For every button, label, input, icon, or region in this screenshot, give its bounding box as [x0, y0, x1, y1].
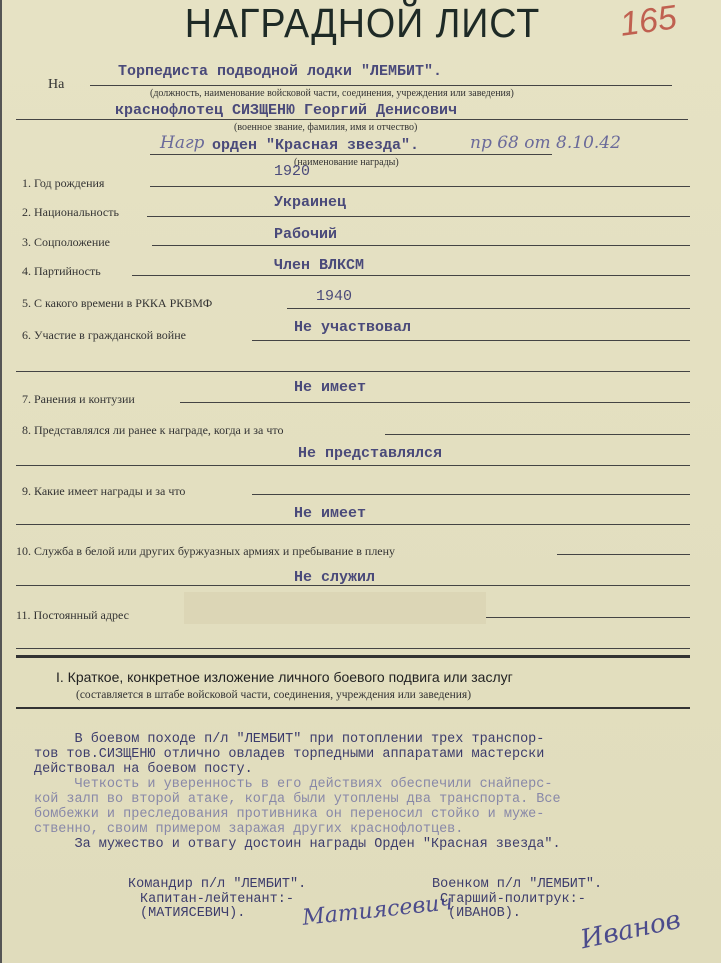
merit-text-line: кой залп во второй атаке, когда были уто… [34, 793, 561, 808]
field-label-nationality: 2. Национальность [22, 205, 119, 220]
merit-text-line: За мужество и отвагу достоин награды Орд… [34, 838, 561, 853]
field-label-previous-awards-nomination: 8. Представлялся ли ранее к награде, ког… [22, 423, 284, 438]
field-line [152, 245, 690, 246]
award-handwritten-suffix: пр 68 от 8.10.42 [470, 133, 621, 153]
field-line [252, 494, 690, 495]
field-value-party: Член ВЛКСМ [274, 257, 364, 274]
merit-text-line: ственно, своим примером заражая других к… [34, 823, 463, 838]
field-value-social-status: Рабочий [274, 226, 337, 243]
award-sheet-page: НАГРАДНОЙ ЛИСТ 165 На Торпедиста подводн… [0, 0, 721, 963]
field-label-white-army-service: 10. Служба в белой или других буржуазных… [16, 544, 395, 559]
commander-name: (МАТИЯСЕВИЧ). [140, 907, 245, 922]
person-caption: (военное звание, фамилия, имя и отчество… [234, 122, 417, 133]
merit-text-line: В боевом походе п/л "ЛЕМБИТ" при потопле… [34, 733, 544, 748]
field-value-service-since: 1940 [316, 288, 352, 305]
field-line [16, 371, 690, 372]
archive-page-number: 165 [618, 0, 680, 45]
field-value-previous-awards-nomination: Не представлялся [298, 445, 442, 462]
field-label-permanent-address: 11. Постоянный адрес [16, 608, 129, 623]
section-bottom-line [16, 707, 690, 709]
position-value: Торпедиста подводной лодки "ЛЕМБИТ". [118, 63, 442, 80]
field-line [147, 216, 690, 217]
field-line [16, 648, 690, 649]
field-line [252, 340, 690, 341]
field-line [287, 308, 690, 309]
commander-title: Командир п/л "ЛЕМБИТ". [128, 878, 306, 893]
field-value-white-army-service: Не служил [294, 569, 375, 586]
document-title: НАГРАДНОЙ ЛИСТ [31, 0, 694, 47]
award-value: орден "Красная звезда". [212, 137, 419, 154]
field-label-wounds: 7. Ранения и контузии [22, 392, 135, 407]
merit-text-line: действовал на боевом посту. [34, 763, 253, 778]
na-label: На [48, 77, 64, 93]
redacted-address [184, 592, 486, 624]
field-line [180, 402, 690, 403]
commander-signature: Матиясевич [301, 890, 454, 931]
person-value: краснофлотец СИЗЩЕНЮ Георгий Денисович [115, 102, 457, 119]
award-handwritten-prefix: Нагр [160, 133, 204, 153]
field-line [16, 465, 690, 466]
field-label-current-awards: 9. Какие имеет награды и за что [22, 484, 185, 499]
field-line [132, 275, 690, 276]
field-line [385, 434, 690, 435]
field-value-wounds: Не имеет [294, 379, 366, 396]
field-value-birth-year: 1920 [274, 163, 310, 180]
merit-text-line: бомбежки и преследования противника он п… [34, 808, 544, 823]
section-divider [16, 655, 690, 658]
merit-text-line: тов тов.СИЗЩЕНЮ отлично овладев торпедны… [34, 748, 544, 763]
field-value-nationality: Украинец [274, 194, 346, 211]
position-line [90, 85, 672, 86]
field-label-social-status: 3. Соцположение [22, 235, 110, 250]
field-value-current-awards: Не имеет [294, 505, 366, 522]
field-line [16, 524, 690, 525]
field-label-birth-year: 1. Год рождения [22, 176, 104, 191]
person-line [16, 119, 688, 120]
position-caption: (должность, наименование войсковой части… [150, 88, 514, 99]
field-value-civil-war: Не участвовал [294, 319, 411, 336]
merit-text-line: Четкость и уверенность в его действиях о… [34, 778, 552, 793]
field-line [486, 617, 690, 618]
field-line [16, 585, 690, 586]
award-line [150, 154, 552, 155]
field-label-civil-war: 6. Участие в гражданской войне [22, 328, 186, 343]
field-line [150, 186, 690, 187]
field-label-party: 4. Партийность [22, 264, 101, 279]
section-caption: (составляется в штабе войсковой части, с… [76, 689, 471, 701]
commissar-title: Военком п/л "ЛЕМБИТ". [432, 878, 602, 893]
commissar-name: (ИВАНОВ). [448, 907, 521, 922]
field-line [557, 554, 690, 555]
commissar-signature: Иванов [578, 905, 683, 955]
section-title: I. Краткое, конкретное изложение личного… [56, 669, 513, 685]
field-label-service-since: 5. С какого времени в РККА РКВМФ [22, 296, 212, 311]
